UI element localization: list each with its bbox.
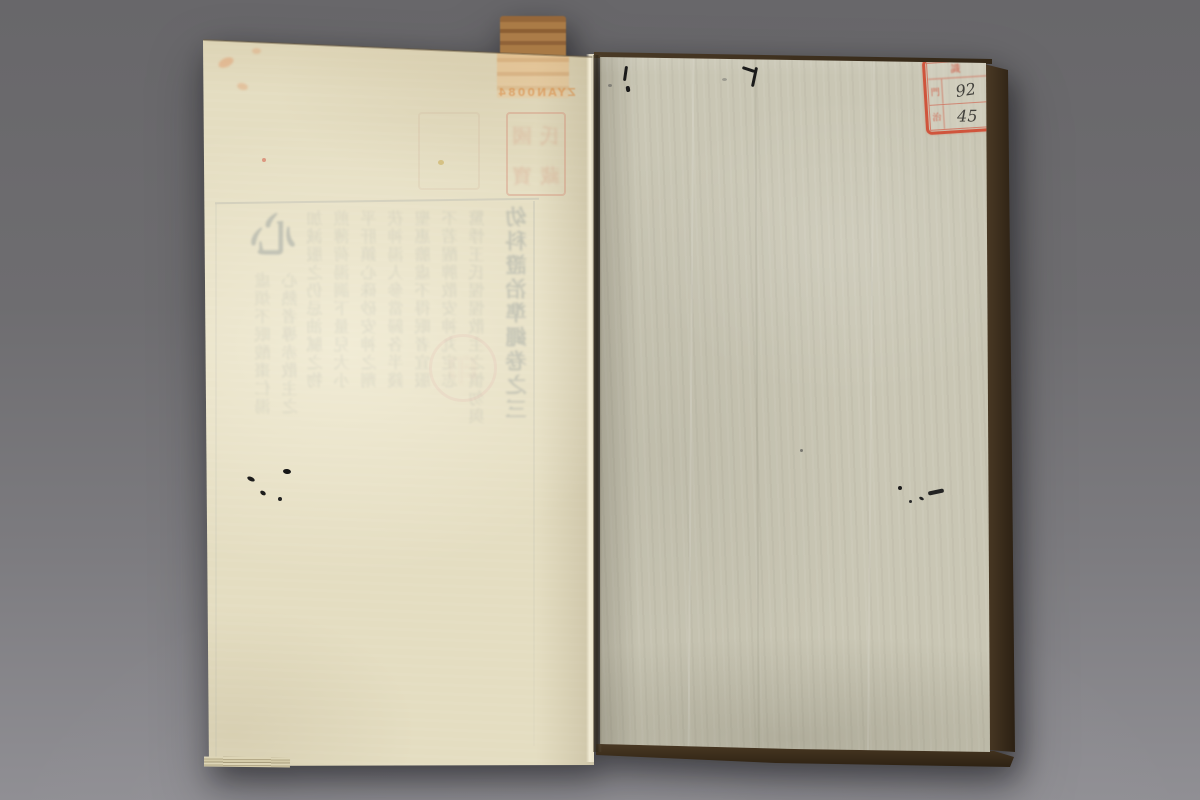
paper-streak [867,48,875,752]
page-stack-edge [204,757,290,768]
bleed-seal-square-red: 國 氏 寶 藏 [506,112,566,196]
seal-character: 藏 [540,160,560,189]
seal-character: 國 [512,120,532,149]
bleed-seal-round: 印 [429,334,497,402]
stain-smudge [252,48,261,54]
seal-character: 印 [448,346,478,390]
bleed-section-heading: 心 [250,200,296,266]
stamp-row: 門 92 [928,76,989,104]
stain-smudge [262,158,266,162]
ink-speck [278,497,282,501]
bleed-text-column: 虛煩不眠酸棗仁湯 [252,272,275,702]
stamp-number: 45 [944,103,990,128]
seal-character: 寶 [512,160,532,189]
library-stamp: 識 門 92 治 45 [922,55,997,135]
gutter-crease [593,55,602,752]
bleed-frame-right-rule [533,201,535,746]
bleed-frame-left-rule [215,204,217,764]
ink-speck [928,488,944,495]
bleed-text-column: 平肝鎮心硃砂安神之劑 [358,210,381,730]
library-stamp-frame: 識 門 92 治 45 [926,59,992,131]
ink-speck [898,486,902,490]
right-page: 識 門 92 治 45 [594,48,990,752]
paper-streak [688,48,695,752]
photo-background: 幼科證治準繩卷之三 心 驚悸王氏惺惺散主之慎勿與 不若醒脾散安神丸定志 聖惠膽虛… [0,0,1200,800]
ink-speck [722,78,727,81]
bleed-title-column: 幼科證治準繩卷之三 [502,206,532,466]
ink-mark-exclamation-dot [626,86,631,93]
bleed-text-column: 聖惠膽虛不得眠者宜服 [412,210,435,690]
bleed-seal-square-faint [418,112,480,190]
seal-character: 氏 [540,120,560,149]
ink-speck [800,449,803,452]
ink-speck [919,496,925,501]
left-page: 幼科證治準繩卷之三 心 驚悸王氏惺惺散主之慎勿與 不若醒脾散安神丸定志 聖惠膽虛… [202,38,594,768]
bleed-text-column: 茯神湯人參當歸各半錢 [385,210,408,710]
stain-smudge [236,82,248,92]
stamp-row: 治 45 [930,101,991,130]
paper-streak [754,48,760,752]
bleed-text-column: 驚悸王氏惺惺散主之慎勿與 [466,210,489,730]
ink-speck [608,84,612,87]
label-watermark-text: ZYAN0084 [490,86,582,100]
bleed-text-column: 不若醒脾散安神丸定志 [439,210,462,710]
ink-speck [909,500,912,503]
stain-smudge [438,160,444,165]
ink-mark-exclamation [623,66,628,81]
stain-smudge [217,55,235,70]
book: 幼科證治準繩卷之三 心 驚悸王氏惺惺散主之慎勿與 不若醒脾散安神丸定志 聖惠膽虛… [0,0,1200,800]
bleed-text-column: 心熱者導赤散主之 [279,272,302,702]
stamp-row-label: 治 [930,104,945,129]
bleed-text-column: 加減服之仍忌油膩之物 [304,210,327,710]
bleed-text-column: 煎薄荷湯調下量兒大小 [331,210,354,690]
